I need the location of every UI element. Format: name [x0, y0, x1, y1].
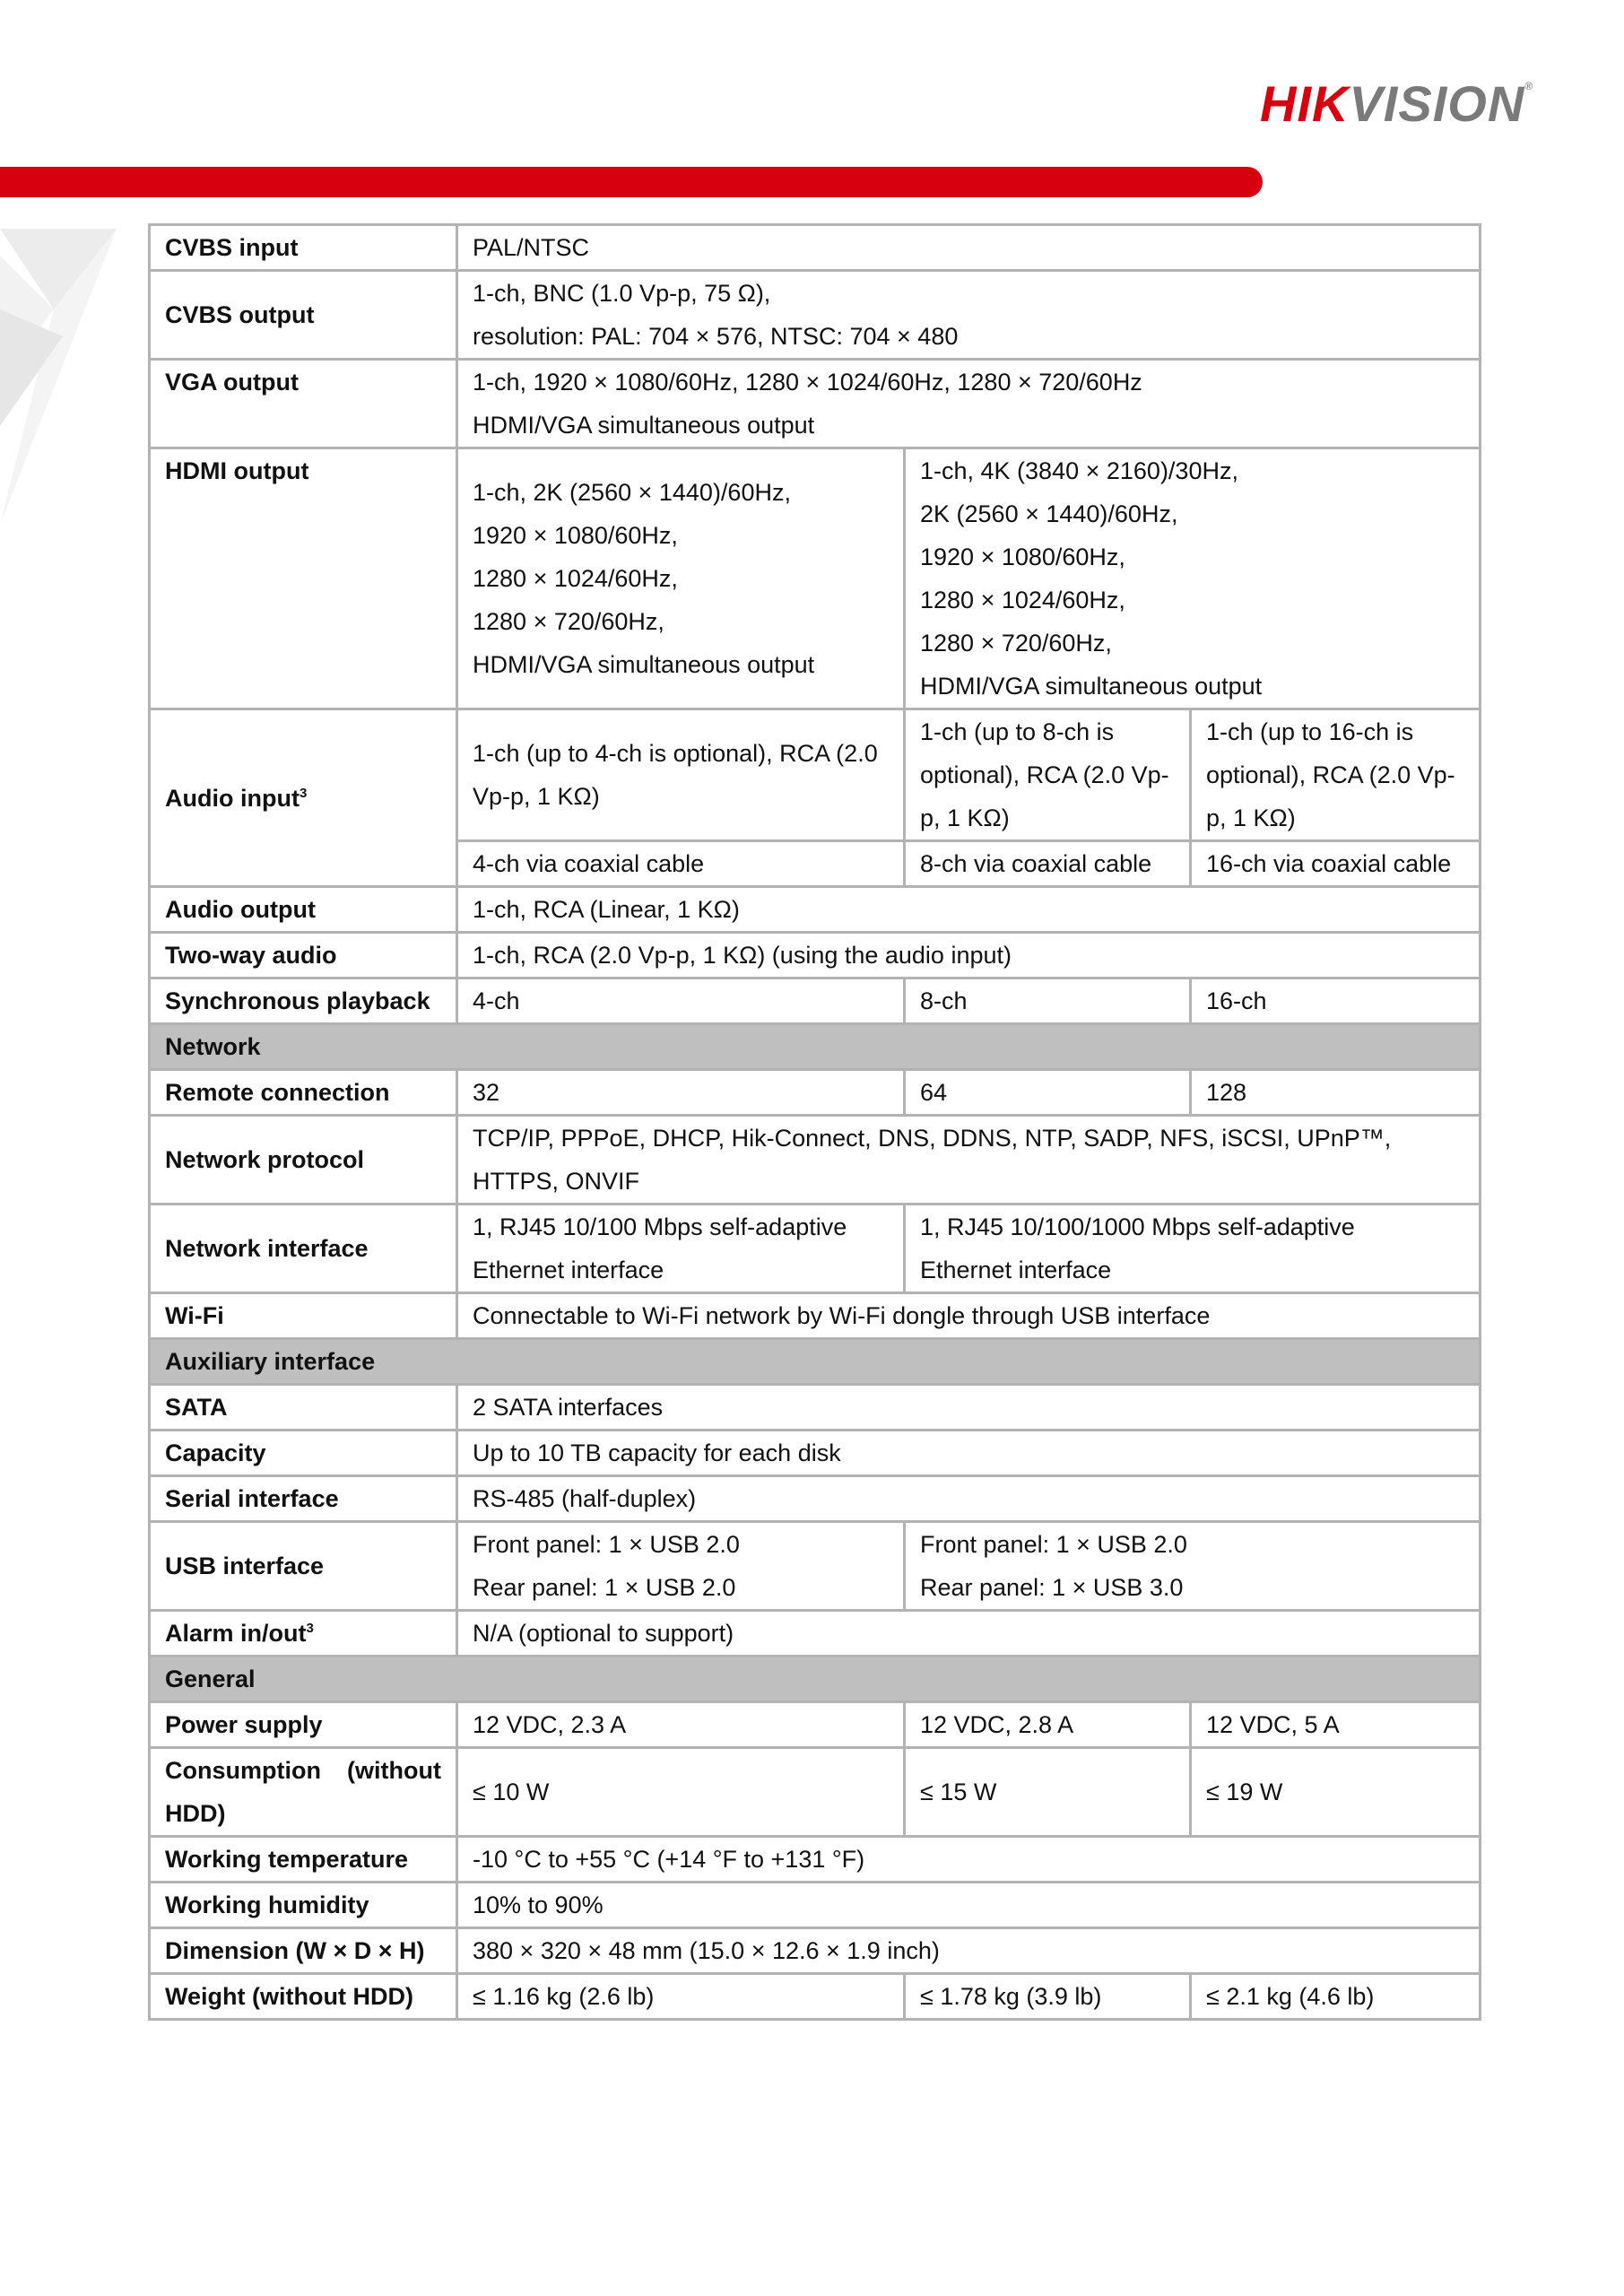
row-value-b: 64: [905, 1070, 1191, 1116]
table-row: CVBS output 1-ch, BNC (1.0 Vp-p, 75 Ω), …: [150, 271, 1481, 360]
label-text: Audio input: [165, 785, 300, 812]
table-row: Network protocol TCP/IP, PPPoE, DHCP, Hi…: [150, 1116, 1481, 1205]
label-text: Consumption: [165, 1749, 321, 1792]
table-row: Dimension (W × D × H) 380 × 320 × 48 mm …: [150, 1928, 1481, 1974]
spec-table: CVBS input PAL/NTSC CVBS output 1-ch, BN…: [148, 223, 1481, 2021]
row-value: 1-ch, BNC (1.0 Vp-p, 75 Ω), resolution: …: [457, 271, 1481, 360]
logo-grey-text: VISION: [1349, 75, 1524, 132]
row-value-c: 12 VDC, 5 A: [1191, 1702, 1481, 1748]
row-value-b: 1, RJ45 10/100/1000 Mbps self-adaptive E…: [905, 1205, 1481, 1293]
row-value-b: 8-ch: [905, 978, 1191, 1024]
row-value-c: 1-ch (up to 16-ch is optional), RCA (2.0…: [1191, 709, 1481, 841]
row-label: USB interface: [150, 1522, 457, 1611]
row-value-a: Front panel: 1 × USB 2.0 Rear panel: 1 ×…: [457, 1522, 905, 1611]
table-row: Serial interface RS-485 (half-duplex): [150, 1476, 1481, 1522]
row-value-c: 16-ch via coaxial cable: [1191, 841, 1481, 887]
row-label: Two-way audio: [150, 933, 457, 978]
table-row: VGA output 1-ch, 1920 × 1080/60Hz, 1280 …: [150, 360, 1481, 448]
value-line: 1920 × 1080/60Hz,: [473, 514, 889, 557]
hikvision-logo: HIKVISION®: [1260, 79, 1533, 129]
table-row: Audio output 1-ch, RCA (Linear, 1 KΩ): [150, 887, 1481, 933]
value-line: resolution: PAL: 704 × 576, NTSC: 704 × …: [473, 315, 1464, 358]
value-line: 1-ch, 2K (2560 × 1440)/60Hz,: [473, 471, 889, 514]
table-row: USB interface Front panel: 1 × USB 2.0 R…: [150, 1522, 1481, 1611]
row-value-a: 1-ch, 2K (2560 × 1440)/60Hz, 1920 × 1080…: [457, 448, 905, 709]
row-value-c: 16-ch: [1191, 978, 1481, 1024]
table-row: SATA 2 SATA interfaces: [150, 1385, 1481, 1431]
header-red-bar: [0, 167, 1263, 197]
value-line: 1280 × 1024/60Hz,: [473, 557, 889, 600]
table-row: HDMI output 1-ch, 2K (2560 × 1440)/60Hz,…: [150, 448, 1481, 709]
footnote-marker: 3: [300, 786, 307, 801]
section-header-general: General: [150, 1657, 1481, 1702]
registered-mark: ®: [1524, 80, 1533, 92]
row-label: Synchronous playback: [150, 978, 457, 1024]
label-text: (without: [347, 1749, 441, 1792]
logo-red-text: HIK: [1260, 75, 1349, 132]
row-value-a: 1-ch (up to 4-ch is optional), RCA (2.0 …: [457, 709, 905, 841]
table-row: Working temperature -10 °C to +55 °C (+1…: [150, 1837, 1481, 1883]
row-value-c: ≤ 2.1 kg (4.6 lb): [1191, 1974, 1481, 2020]
row-value-b: ≤ 15 W: [905, 1748, 1191, 1837]
value-line: 1-ch, 4K (3840 × 2160)/30Hz,: [920, 449, 1464, 492]
value-line: 1, RJ45 10/100 Mbps self-adaptive: [473, 1205, 889, 1248]
row-label: Weight (without HDD): [150, 1974, 457, 2020]
row-value: Connectable to Wi-Fi network by Wi-Fi do…: [457, 1293, 1481, 1339]
row-label: Audio input3: [150, 709, 457, 887]
row-label: Serial interface: [150, 1476, 457, 1522]
row-label: SATA: [150, 1385, 457, 1431]
value-line: HDMI/VGA simultaneous output: [473, 404, 1464, 447]
value-line: 1, RJ45 10/100/1000 Mbps self-adaptive: [920, 1205, 1464, 1248]
section-header-network: Network: [150, 1024, 1481, 1070]
row-value: 380 × 320 × 48 mm (15.0 × 12.6 × 1.9 inc…: [457, 1928, 1481, 1974]
row-label: VGA output: [150, 360, 457, 448]
value-line: HDMI/VGA simultaneous output: [473, 643, 889, 686]
table-row: Two-way audio 1-ch, RCA (2.0 Vp-p, 1 KΩ)…: [150, 933, 1481, 978]
section-title: Auxiliary interface: [150, 1339, 1481, 1385]
label-text: HDD): [165, 1792, 441, 1835]
row-value-b: 8-ch via coaxial cable: [905, 841, 1191, 887]
table-row: Weight (without HDD) ≤ 1.16 kg (2.6 lb) …: [150, 1974, 1481, 2020]
row-value: 1-ch, 1920 × 1080/60Hz, 1280 × 1024/60Hz…: [457, 360, 1481, 448]
section-header-auxiliary: Auxiliary interface: [150, 1339, 1481, 1385]
table-row: Capacity Up to 10 TB capacity for each d…: [150, 1431, 1481, 1476]
row-value-a: ≤ 10 W: [457, 1748, 905, 1837]
value-line: 2K (2560 × 1440)/60Hz,: [920, 492, 1464, 535]
table-row: Wi-Fi Connectable to Wi-Fi network by Wi…: [150, 1293, 1481, 1339]
table-row: Consumption(without HDD) ≤ 10 W ≤ 15 W ≤…: [150, 1748, 1481, 1837]
table-row: Alarm in/out3 N/A (optional to support): [150, 1611, 1481, 1657]
row-label: Power supply: [150, 1702, 457, 1748]
row-label: Working temperature: [150, 1837, 457, 1883]
row-value: 1-ch, RCA (2.0 Vp-p, 1 KΩ) (using the au…: [457, 933, 1481, 978]
table-row: CVBS input PAL/NTSC: [150, 225, 1481, 271]
section-title: General: [150, 1657, 1481, 1702]
value-line: Front panel: 1 × USB 2.0: [920, 1523, 1464, 1566]
row-value-a: ≤ 1.16 kg (2.6 lb): [457, 1974, 905, 2020]
row-value: Up to 10 TB capacity for each disk: [457, 1431, 1481, 1476]
value-line: Ethernet interface: [473, 1248, 889, 1291]
label-text: Alarm in/out: [165, 1620, 307, 1647]
row-value-b: 1-ch (up to 8-ch is optional), RCA (2.0 …: [905, 709, 1191, 841]
table-row: Working humidity 10% to 90%: [150, 1883, 1481, 1928]
value-line: Rear panel: 1 × USB 2.0: [473, 1566, 889, 1609]
row-value: N/A (optional to support): [457, 1611, 1481, 1657]
value-line: 1280 × 720/60Hz,: [920, 622, 1464, 665]
row-label: Remote connection: [150, 1070, 457, 1116]
row-label: Working humidity: [150, 1883, 457, 1928]
row-label: HDMI output: [150, 448, 457, 709]
footnote-marker: 3: [307, 1621, 314, 1636]
value-line: Ethernet interface: [920, 1248, 1464, 1291]
value-line: Rear panel: 1 × USB 3.0: [920, 1566, 1464, 1609]
value-line: 1-ch, 1920 × 1080/60Hz, 1280 × 1024/60Hz…: [473, 361, 1464, 404]
value-line: 1280 × 1024/60Hz,: [920, 578, 1464, 622]
row-value-a: 12 VDC, 2.3 A: [457, 1702, 905, 1748]
row-label: Capacity: [150, 1431, 457, 1476]
row-label: Consumption(without HDD): [150, 1748, 457, 1837]
row-value-b: 12 VDC, 2.8 A: [905, 1702, 1191, 1748]
row-value-a: 1, RJ45 10/100 Mbps self-adaptive Ethern…: [457, 1205, 905, 1293]
row-label: Audio output: [150, 887, 457, 933]
row-value-c: ≤ 19 W: [1191, 1748, 1481, 1837]
row-value: 2 SATA interfaces: [457, 1385, 1481, 1431]
row-label: Wi-Fi: [150, 1293, 457, 1339]
row-value-b: 1-ch, 4K (3840 × 2160)/30Hz, 2K (2560 × …: [905, 448, 1481, 709]
row-value-a: 4-ch: [457, 978, 905, 1024]
value-line: 1280 × 720/60Hz,: [473, 600, 889, 643]
table-row: Synchronous playback 4-ch 8-ch 16-ch: [150, 978, 1481, 1024]
row-value-a: 4-ch via coaxial cable: [457, 841, 905, 887]
value-line: 1-ch, BNC (1.0 Vp-p, 75 Ω),: [473, 272, 1464, 315]
row-value-c: 128: [1191, 1070, 1481, 1116]
row-label: CVBS output: [150, 271, 457, 360]
section-title: Network: [150, 1024, 1481, 1070]
value-line: Front panel: 1 × USB 2.0: [473, 1523, 889, 1566]
row-label: Network protocol: [150, 1116, 457, 1205]
row-value: -10 °C to +55 °C (+14 °F to +131 °F): [457, 1837, 1481, 1883]
row-value-b: Front panel: 1 × USB 2.0 Rear panel: 1 ×…: [905, 1522, 1481, 1611]
value-line: 1920 × 1080/60Hz,: [920, 535, 1464, 578]
value-line: HDMI/VGA simultaneous output: [920, 665, 1464, 708]
row-value: 1-ch, RCA (Linear, 1 KΩ): [457, 887, 1481, 933]
decorative-shard-graphic: [0, 202, 126, 525]
row-value: PAL/NTSC: [457, 225, 1481, 271]
row-value: TCP/IP, PPPoE, DHCP, Hik-Connect, DNS, D…: [457, 1116, 1481, 1205]
row-label: Alarm in/out3: [150, 1611, 457, 1657]
row-value: 10% to 90%: [457, 1883, 1481, 1928]
table-row: Audio input3 1-ch (up to 4-ch is optiona…: [150, 709, 1481, 841]
table-row: Remote connection 32 64 128: [150, 1070, 1481, 1116]
row-value-a: 32: [457, 1070, 905, 1116]
table-row: Power supply 12 VDC, 2.3 A 12 VDC, 2.8 A…: [150, 1702, 1481, 1748]
row-value-b: ≤ 1.78 kg (3.9 lb): [905, 1974, 1191, 2020]
table-row: Network interface 1, RJ45 10/100 Mbps se…: [150, 1205, 1481, 1293]
row-label: Network interface: [150, 1205, 457, 1293]
row-label: Dimension (W × D × H): [150, 1928, 457, 1974]
row-value: RS-485 (half-duplex): [457, 1476, 1481, 1522]
row-label: CVBS input: [150, 225, 457, 271]
